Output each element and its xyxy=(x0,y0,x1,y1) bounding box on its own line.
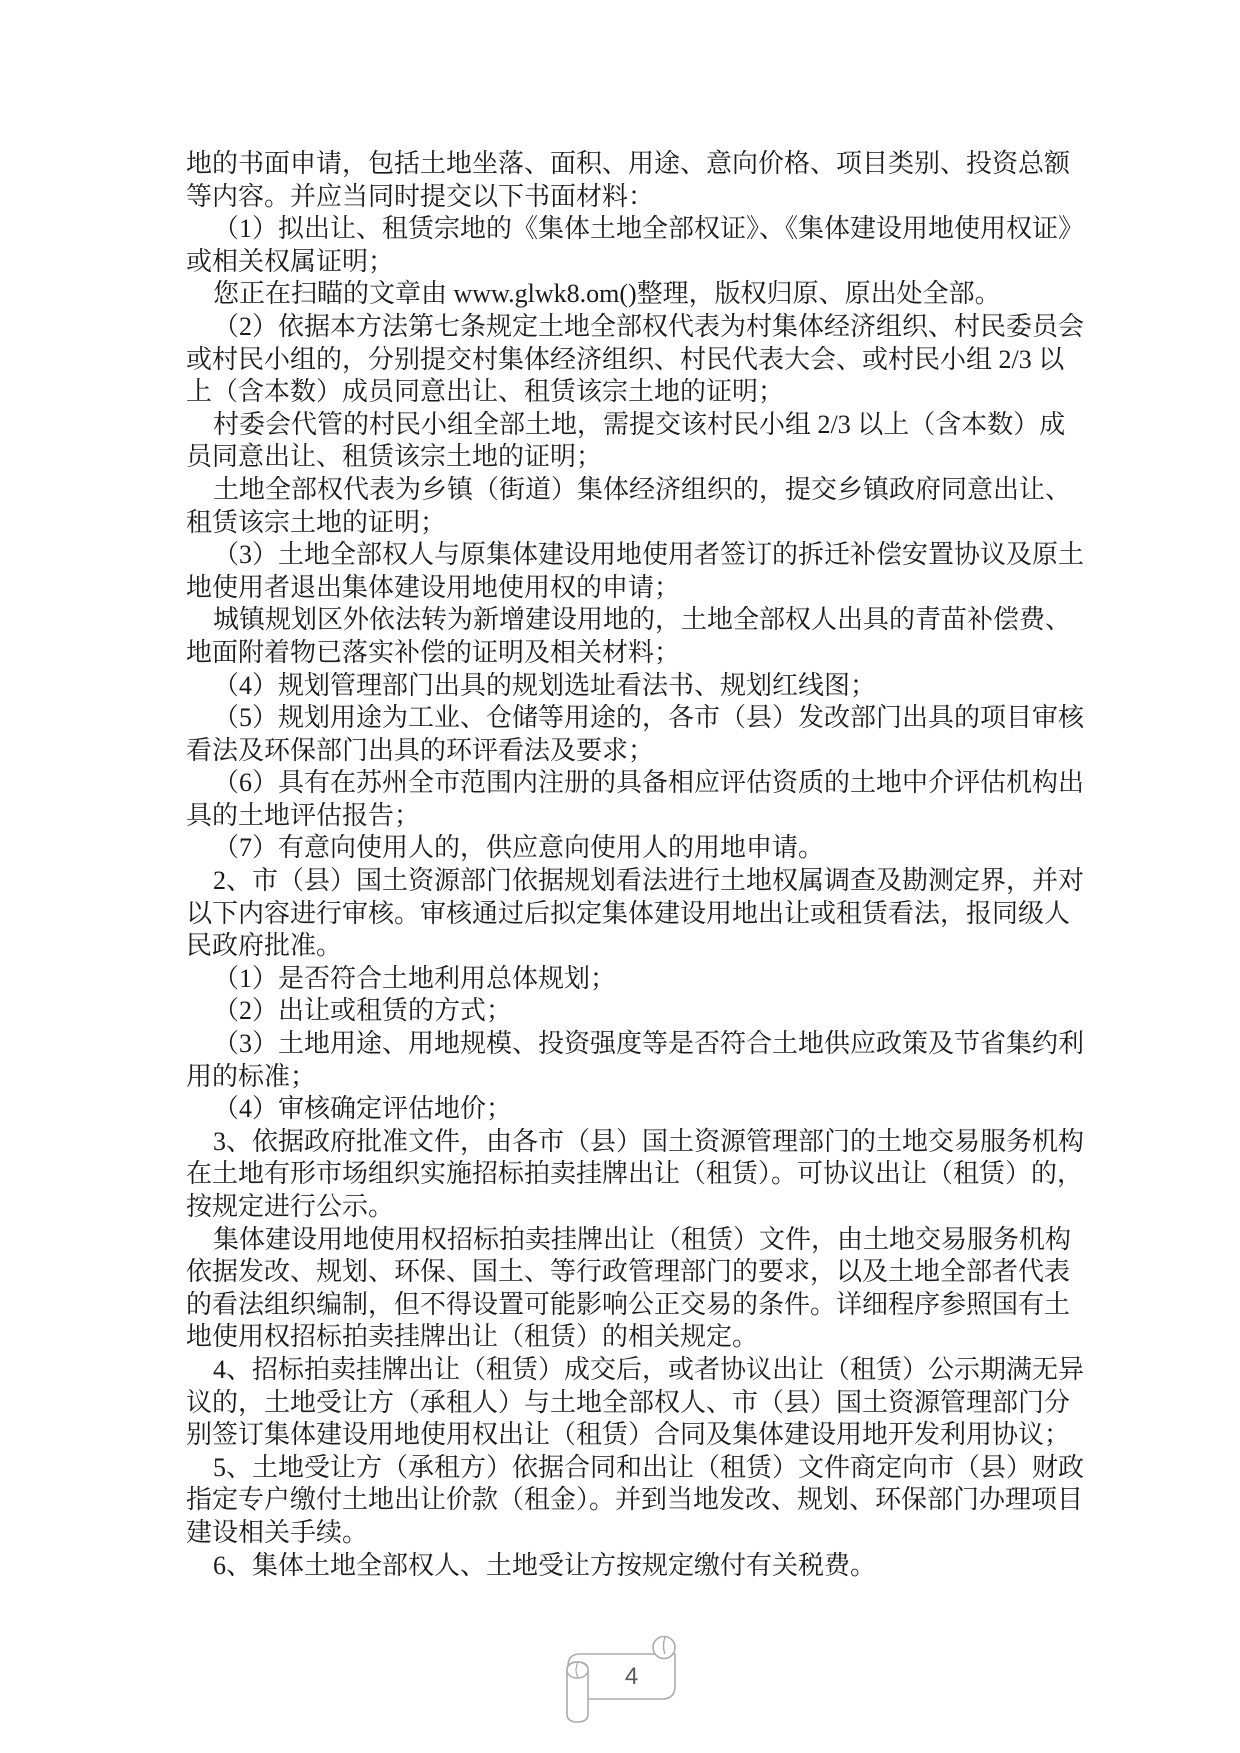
text-line: （6）具有在苏州全市范围内注册的具备相应评估资质的土地中介评估机构出 xyxy=(186,767,1086,800)
text-line: 3、依据政府批准文件，由各市（县）国土资源管理部门的土地交易服务机构 xyxy=(186,1126,1086,1159)
text-line: 或村民小组的，分别提交村集体经济组织、村民代表大会、或村民小组 2/3 以 xyxy=(186,344,1086,377)
text-line: 用的标准； xyxy=(186,1061,1086,1094)
text-line: （4）规划管理部门出具的规划选址看法书、规划红线图； xyxy=(186,670,1086,703)
text-line: （2）依据本方法第七条规定土地全部权代表为村集体经济组织、村民委员会 xyxy=(186,311,1086,344)
text-line: 5、土地受让方（承租方）依据合同和出让（租赁）文件商定向市（县）财政 xyxy=(186,1452,1086,1485)
text-line: 民政府批准。 xyxy=(186,930,1086,963)
text-line: 6、集体土地全部权人、土地受让方按规定缴付有关税费。 xyxy=(186,1550,1086,1583)
text-line: 您正在扫瞄的文章由 www.glwk8.om()整理，版权归原、原出处全部。 xyxy=(186,278,1086,311)
text-line: （1）拟出让、租赁宗地的《集体土地全部权证》、《集体建设用地使用权证》 xyxy=(186,213,1086,246)
text-line: 具的土地评估报告； xyxy=(186,800,1086,833)
text-line: （1）是否符合土地利用总体规划； xyxy=(186,963,1086,996)
text-line: 或相关权属证明； xyxy=(186,246,1086,279)
text-line: 上（含本数）成员同意出让、租赁该宗土地的证明； xyxy=(186,376,1086,409)
text-line: （4）审核确定评估地价； xyxy=(186,1093,1086,1126)
text-line: （5）规划用途为工业、仓储等用途的，各市（县）发改部门出具的项目审核 xyxy=(186,702,1086,735)
text-line: 建设相关手续。 xyxy=(186,1517,1086,1550)
text-line: （3）土地全部权人与原集体建设用地使用者签订的拆迁补偿安置协议及原土 xyxy=(186,539,1086,572)
text-line: 城镇规划区外依法转为新增建设用地的，土地全部权人出具的青苗补偿费、 xyxy=(186,604,1086,637)
text-line: 的看法组织编制，但不得设置可能影响公正交易的条件。详细程序参照国有土 xyxy=(186,1289,1086,1322)
text-line: 等内容。并应当同时提交以下书面材料： xyxy=(186,181,1086,214)
text-line: 以下内容进行审核。审核通过后拟定集体建设用地出让或租赁看法，报同级人 xyxy=(186,898,1086,931)
text-line: 地的书面申请，包括土地坐落、面积、用途、意向价格、项目类别、投资总额 xyxy=(186,148,1086,181)
text-line: 地使用权招标拍卖挂牌出让（租赁）的相关规定。 xyxy=(186,1321,1086,1354)
text-line: 在土地有形市场组织实施招标拍卖挂牌出让（租赁）。可协议出让（租赁）的， xyxy=(186,1158,1086,1191)
page-footer: 4 xyxy=(564,1634,678,1726)
text-line: 村委会代管的村民小组全部土地，需提交该村民小组 2/3 以上（含本数）成 xyxy=(186,409,1086,442)
text-line: 租赁该宗土地的证明； xyxy=(186,507,1086,540)
document-page: 地的书面申请，包括土地坐落、面积、用途、意向价格、项目类别、投资总额等内容。并应… xyxy=(0,0,1240,1753)
text-line: 看法及环保部门出具的环评看法及要求； xyxy=(186,735,1086,768)
text-line: 指定专户缴付土地出让价款（租金）。并到当地发改、规划、环保部门办理项目 xyxy=(186,1484,1086,1517)
text-line: 地使用者退出集体建设用地使用权的申请； xyxy=(186,572,1086,605)
text-line: 地面附着物已落实补偿的证明及相关材料； xyxy=(186,637,1086,670)
text-line: 2、市（县）国土资源部门依据规划看法进行土地权属调查及勘测定界，并对 xyxy=(186,865,1086,898)
text-line: （2）出让或租赁的方式； xyxy=(186,995,1086,1028)
text-line: 4、招标拍卖挂牌出让（租赁）成交后，或者协议出让（租赁）公示期满无异 xyxy=(186,1354,1086,1387)
text-line: （3）土地用途、用地规模、投资强度等是否符合土地供应政策及节省集约利 xyxy=(186,1028,1086,1061)
text-line: 别签订集体建设用地使用权出让（租赁）合同及集体建设用地开发利用协议； xyxy=(186,1419,1086,1452)
text-line: 依据发改、规划、环保、国土、等行政管理部门的要求，以及土地全部者代表 xyxy=(186,1256,1086,1289)
text-line: 集体建设用地使用权招标拍卖挂牌出让（租赁）文件，由土地交易服务机构 xyxy=(186,1224,1086,1257)
text-line: 员同意出让、租赁该宗土地的证明； xyxy=(186,441,1086,474)
text-line: 按规定进行公示。 xyxy=(186,1191,1086,1224)
page-number: 4 xyxy=(588,1654,675,1699)
document-body: 地的书面申请，包括土地坐落、面积、用途、意向价格、项目类别、投资总额等内容。并应… xyxy=(186,148,1086,1582)
text-line: 土地全部权代表为乡镇（街道）集体经济组织的，提交乡镇政府同意出让、 xyxy=(186,474,1086,507)
text-line: 议的，土地受让方（承租人）与土地全部权人、市（县）国土资源管理部门分 xyxy=(186,1387,1086,1420)
text-line: （7）有意向使用人的，供应意向使用人的用地申请。 xyxy=(186,832,1086,865)
